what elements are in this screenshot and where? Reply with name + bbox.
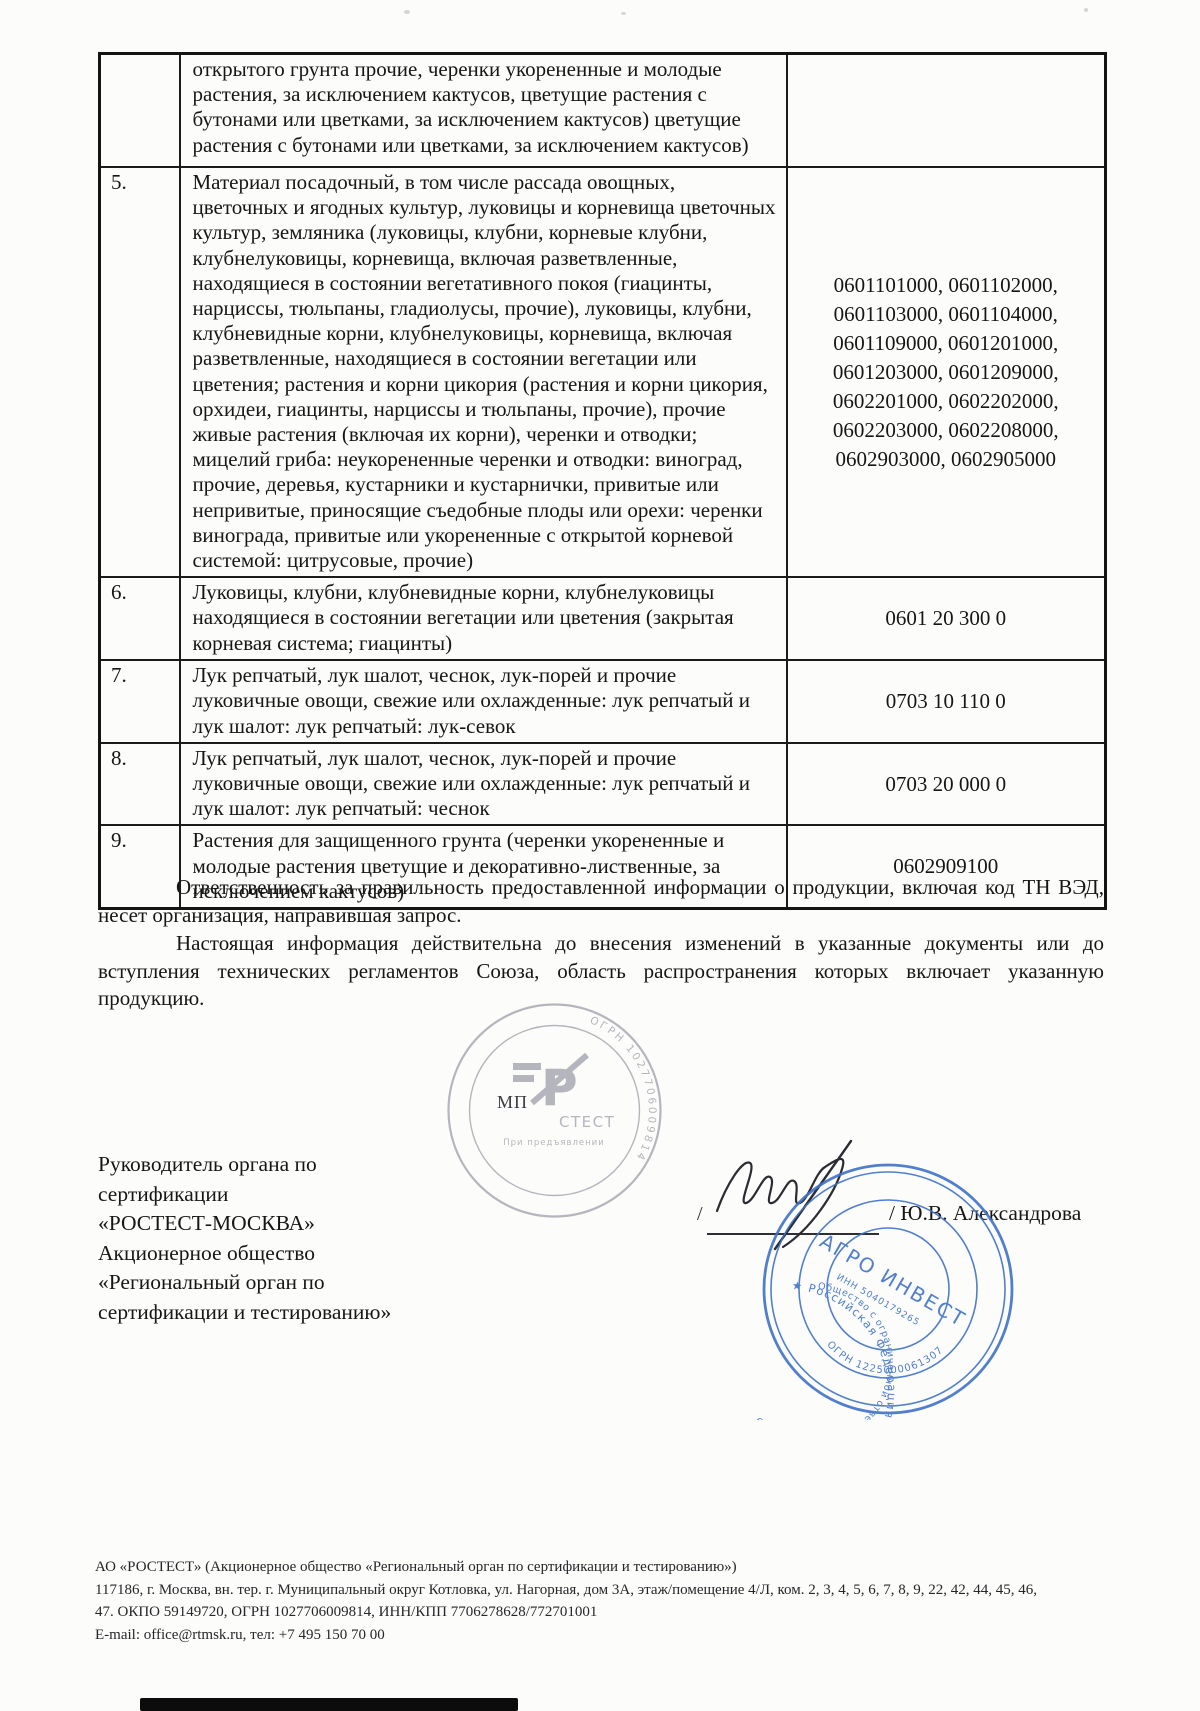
row-number: 8.	[100, 743, 180, 826]
footer-requisites: АО «РОСТЕСТ» (Акционерное общество «Реги…	[95, 1556, 1037, 1646]
signature-open-slash: /	[697, 1203, 703, 1226]
tn-ved-table: открытого грунта прочие, черенки укорене…	[98, 52, 1107, 910]
product-description: Материал посадочный, в том числе рассада…	[180, 167, 787, 577]
footer-address: 117186, г. Москва, вн. тер. г. Муниципал…	[95, 1579, 1037, 1602]
table-row-8: 8. Лук репчатый, лук шалот, чеснок, лук-…	[100, 743, 1106, 826]
rostest-seal-stamp: ОГРН 1027706009814 Р СТЕСТ При предъявле…	[437, 993, 672, 1228]
tn-ved-code: 0703 10 110 0	[787, 660, 1106, 743]
tn-ved-code: 0703 20 000 0	[787, 743, 1106, 826]
scan-speck	[404, 10, 410, 14]
table-row-5: 5. Материал посадочный, в том числе расс…	[100, 167, 1106, 577]
scan-speck	[621, 12, 626, 15]
table-row-7: 7. Лук репчатый, лук шалот, чеснок, лук-…	[100, 660, 1106, 743]
footer-registration-numbers: 47. ОКПО 59149720, ОГРН 1027706009814, И…	[95, 1601, 1037, 1624]
product-description: Лук репчатый, лук шалот, чеснок, лук-пор…	[180, 660, 787, 743]
gray-stamp-center-text: СТЕСТ	[559, 1113, 615, 1131]
table-row-6: 6. Луковицы, клубни, клубневидные корни,…	[100, 577, 1106, 660]
table-row-continuation: открытого грунта прочие, черенки укорене…	[100, 54, 1106, 168]
tn-ved-code: 0601101000, 0601102000, 0601103000, 0601…	[787, 167, 1106, 577]
footer-contacts: E-mail: office@rtmsk.ru, тел: +7 495 150…	[95, 1624, 1037, 1647]
scanned-certificate-page: открытого грунта прочие, черенки укорене…	[0, 0, 1200, 1711]
row-number	[100, 54, 180, 168]
product-description: открытого грунта прочие, черенки укорене…	[180, 54, 787, 168]
product-description: Лук репчатый, лук шалот, чеснок, лук-пор…	[180, 743, 787, 826]
responsibility-paragraph: Ответственность за правильность предоста…	[98, 874, 1104, 929]
scan-speck	[1084, 8, 1088, 12]
mp-seal-place-label: МП	[497, 1092, 528, 1113]
row-number: 7.	[100, 660, 180, 743]
scan-artifact-bar	[140, 1698, 518, 1711]
footer-org-name: АО «РОСТЕСТ» (Акционерное общество «Реги…	[95, 1556, 1037, 1579]
signer-title-block: Руководитель органа по сертификации «РОС…	[98, 1150, 438, 1327]
agro-invest-stamp: ★ Российская Федерация ★ Московская обла…	[757, 1158, 1019, 1420]
product-description: Луковицы, клубни, клубневидные корни, кл…	[180, 577, 787, 660]
tn-ved-code: 0601 20 300 0	[787, 577, 1106, 660]
tn-ved-code	[787, 54, 1106, 168]
row-number: 5.	[100, 167, 180, 577]
row-number: 6.	[100, 577, 180, 660]
gray-stamp-sub-text: При предъявлении	[503, 1138, 604, 1148]
